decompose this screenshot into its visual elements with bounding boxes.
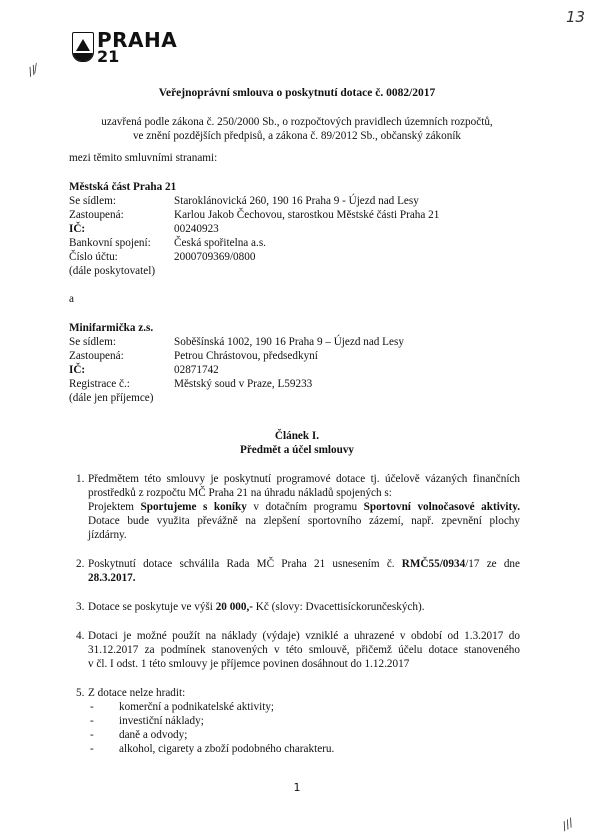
item-2-date: 28.3.2017. [88,572,136,584]
item-2-text: Poskytnutí dotace schválila Rada MČ Prah… [88,558,402,570]
item-1-line-5: jízdárny. [88,529,127,541]
provider-name: Městská část Praha 21 [69,181,176,193]
intro-line-2: ve znění pozdějších předpisů, a zákona č… [0,130,594,142]
recipient-value-ic: 02871742 [174,364,219,376]
bullet-dash-icon: - [90,743,94,755]
item-5-number: 5. [76,687,84,699]
provider-value-ic: 00240923 [174,223,219,235]
coat-of-arms-icon [72,32,94,62]
handwritten-left-mark: ∕∕⁄ [25,63,40,79]
item-3-currency-words: Kč (slovy: Dvacettisíckorunčeských). [256,601,425,613]
recipient-label-registration: Registrace č.: [69,378,130,390]
recipient-value-registration: Městský soud v Praze, L59233 [174,378,312,390]
document-title: Veřejnoprávní smlouva o poskytnutí dotac… [0,87,594,99]
item-5-intro: Z dotace nelze hradit: [88,687,185,699]
item-5-bullet-1: komerční a podnikatelské aktivity; [119,701,274,713]
item-3-text: Dotace se poskytuje ve výši [88,601,216,613]
provider-label-seat: Se sídlem: [69,195,116,207]
item-1-number: 1. [76,473,84,485]
recipient-value-seat: Soběšínská 1002, 190 16 Praha 9 – Újezd … [174,336,404,348]
item-1-project-name: Sportujeme s koníky [141,501,247,513]
page-number: 1 [0,781,594,794]
item-2-number: 2. [76,558,84,570]
item-4-line-2: 31.12.2017 za podmínek stanovených v tét… [88,644,520,656]
provider-note: (dále poskytovatel) [69,265,155,277]
bullet-dash-icon: - [90,729,94,741]
item-3-number: 3. [76,601,84,613]
item-2-line-1: Poskytnutí dotace schválila Rada MČ Prah… [88,558,520,570]
item-2-resolution: RMČ55/0934 [402,558,465,570]
item-5-bullet-4: alkohol, cigarety a zboží podobného char… [119,743,334,755]
item-1-line-2: prostředků z rozpočtu MČ Praha 21 na úhr… [88,487,392,499]
recipient-label-represented: Zastoupená: [69,350,124,362]
handwritten-bottom-mark: ∕∕∕ [559,816,575,833]
provider-value-account: 2000709369/0800 [174,251,255,263]
item-4-line-3: v čl. I odst. 1 této smlouvy je příjemce… [88,658,409,670]
intro-line-1: uzavřená podle zákona č. 250/2000 Sb., o… [0,116,594,128]
logo-number: 21 [97,49,119,65]
item-4-line-1: Dotaci je možné použít na náklady (výdaj… [88,630,520,642]
item-1-project-prefix: Projektem [88,501,141,513]
recipient-label-ic: IČ: [69,364,85,376]
item-1-program-name: Sportovní volnočasové aktivity. [364,501,520,513]
praha-21-logo: PRAHA 21 [72,32,172,68]
item-1-line-4: Dotace bude využita převážně na zlepšení… [88,515,520,527]
item-3-amount: 20 000,- [216,601,256,613]
provider-label-account: Číslo účtu: [69,251,118,263]
provider-value-represented: Karlou Jakob Čechovou, starostkou Městsk… [174,209,439,221]
conjunction: a [69,293,74,305]
item-2-text-end: /17 ze dne [465,558,520,570]
provider-label-ic: IČ: [69,223,85,235]
provider-value-bank: Česká spořitelna a.s. [174,237,266,249]
item-5-bullet-2: investiční náklady; [119,715,204,727]
provider-label-bank: Bankovní spojení: [69,237,151,249]
bullet-dash-icon: - [90,701,94,713]
item-1-line-1: Předmětem této smlouvy je poskytnutí pro… [88,473,520,485]
handwritten-page-mark: 13 [566,8,585,26]
article-heading: Předmět a účel smlouvy [0,444,594,456]
recipient-value-represented: Petrou Chrástovou, předsedkyní [174,350,318,362]
item-3-line: Dotace se poskytuje ve výši 20 000,- Kč … [88,601,425,613]
provider-value-seat: Staroklánovická 260, 190 16 Praha 9 - Új… [174,195,419,207]
recipient-note: (dále jen příjemce) [69,392,153,404]
provider-label-represented: Zastoupená: [69,209,124,221]
article-number: Článek I. [0,430,594,442]
bullet-dash-icon: - [90,715,94,727]
item-1-line-3: Projektem Sportujeme s koníky v dotačním… [88,501,520,513]
item-5-bullet-3: daně a odvody; [119,729,187,741]
recipient-label-seat: Se sídlem: [69,336,116,348]
recipient-name: Minifarmička z.s. [69,322,153,334]
between-parties: mezi těmito smluvními stranami: [69,152,217,164]
item-1-program-prefix: v dotačním programu [247,501,364,513]
item-4-number: 4. [76,630,84,642]
